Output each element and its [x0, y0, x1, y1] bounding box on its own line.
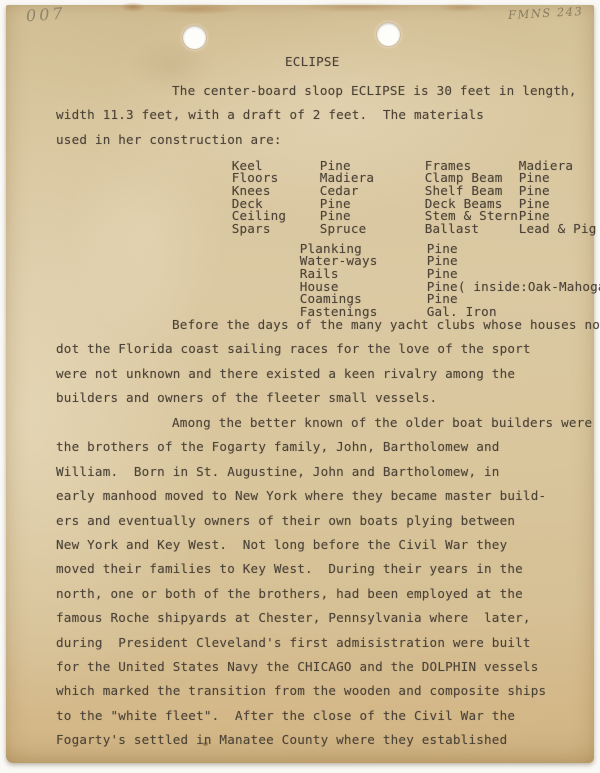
text-line: the brothers of the Fogarty family, John…: [56, 435, 584, 459]
paper-stain: [152, 3, 242, 15]
paper-stain: [296, 2, 416, 12]
materials-table-main: KeelPineFramesMadiera FloorsMadieraClamp…: [185, 147, 600, 223]
table-row: PlankingPine: [253, 230, 600, 243]
text-line: The center-board sloop ECLIPSE is 30 fee…: [56, 79, 584, 103]
text-line: Fogarty's settled in Manatee County wher…: [56, 728, 584, 752]
paragraph-intro: The center-board sloop ECLIPSE is 30 fee…: [56, 79, 584, 152]
text-line: New York and Key West. Not long before t…: [56, 533, 584, 557]
text-line: to the "white fleet". After the close of…: [56, 704, 584, 728]
table-row: KeelPineFramesMadiera: [185, 147, 600, 160]
punch-hole-right: [377, 23, 400, 46]
text-line: famous Roche shipyards at Chester, Penns…: [56, 606, 584, 630]
materials-table-extra: PlankingPine Water-waysPine RailsPine Ho…: [253, 230, 600, 306]
paper-stain: [120, 2, 146, 12]
scan-background: { "colors": { "paper": "#d9c7a0", "ink":…: [0, 0, 600, 773]
text-line: builders and owners of the fleeter small…: [56, 386, 584, 410]
text-line: early manhood moved to New York where th…: [56, 484, 584, 508]
text-line: north, one or both of the brothers, had …: [56, 582, 584, 606]
text-line: Among the better known of the older boat…: [56, 411, 584, 435]
text-line: width 11.3 feet, with a draft of 2 feet.…: [56, 103, 584, 127]
text-line: moved their families to Key West. During…: [56, 557, 584, 581]
text-line: were not unknown and there existed a kee…: [56, 362, 584, 386]
paragraph-fogarty: Among the better known of the older boat…: [56, 411, 584, 752]
text-line: dot the Florida coast sailing races for …: [56, 337, 584, 361]
handwritten-page-number: 007: [25, 4, 66, 26]
punch-hole-left: [183, 26, 206, 49]
paragraph-yacht-clubs: Before the days of the many yacht clubs …: [56, 313, 584, 411]
text-line: Before the days of the many yacht clubs …: [56, 313, 584, 337]
document-title: ECLIPSE: [285, 52, 339, 72]
paper-stain: [436, 3, 486, 12]
handwritten-catalog-number: FMNS 243: [508, 4, 584, 22]
text-line: during President Cleveland's first admis…: [56, 631, 584, 655]
text-line: which marked the transition from the woo…: [56, 679, 584, 703]
paper-sheet: 007 FMNS 243 ECLIPSE The center-board sl…: [6, 5, 594, 763]
text-line: William. Born in St. Augustine, John and…: [56, 460, 584, 484]
text-line: for the United States Navy the CHICAGO a…: [56, 655, 584, 679]
text-line: ers and eventually owners of their own b…: [56, 509, 584, 533]
